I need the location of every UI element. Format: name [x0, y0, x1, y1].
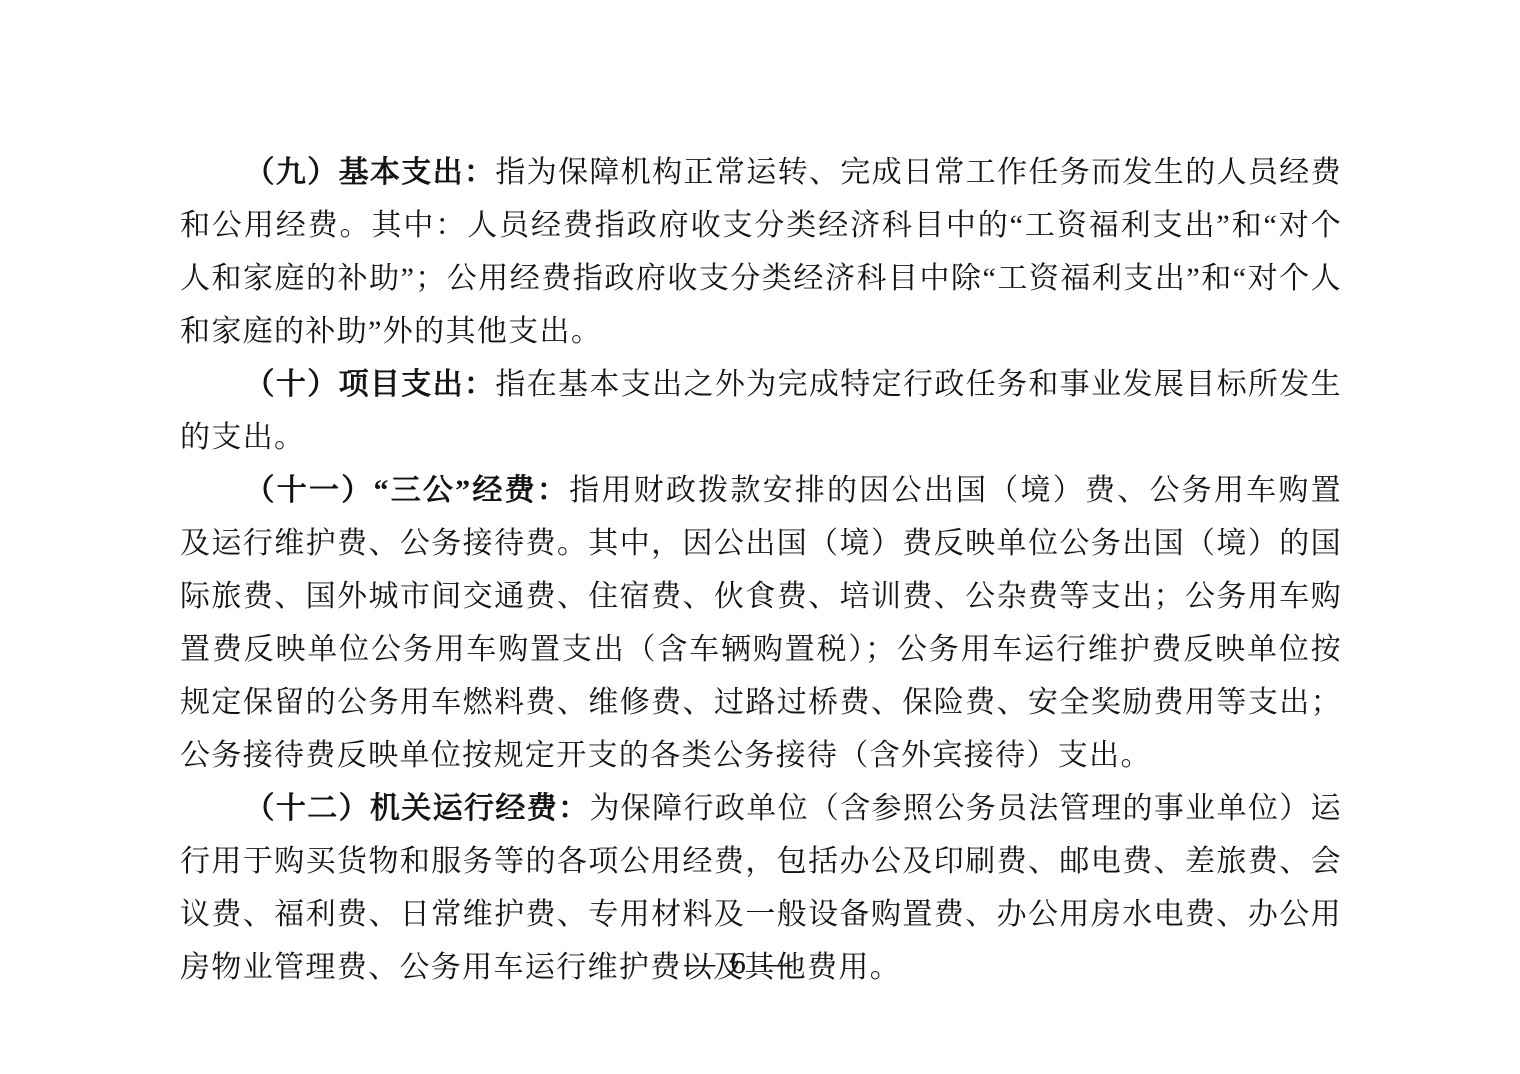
term-label-project-expenditure: （十）项目支出： [245, 368, 496, 401]
paragraph-three-public-funds: （十一）“三公”经费：指用财政拨款安排的因公出国（境）费、公务用车购置及运行维护… [180, 464, 1342, 782]
term-label-basic-expenditure: （九）基本支出： [245, 156, 496, 189]
paragraph-project-expenditure: （十）项目支出：指在基本支出之外为完成特定行政任务和事业发展目标所发生的支出。 [180, 358, 1342, 464]
term-label-agency-operating-funds: （十二）机关运行经费： [245, 792, 590, 825]
page-number: — 6 — [180, 941, 1300, 985]
term-label-three-public-funds: （十一）“三公”经费： [245, 474, 570, 507]
document-body: （九）基本支出：指为保障机构正常运转、完成日常工作任务而发生的人员经费和公用经费… [180, 146, 1342, 994]
definition-text-three-public-funds: 指用财政拨款安排的因公出国（境）费、公务用车购置及运行维护费、公务接待费。其中，… [180, 474, 1342, 772]
paragraph-basic-expenditure: （九）基本支出：指为保障机构正常运转、完成日常工作任务而发生的人员经费和公用经费… [180, 146, 1342, 358]
document-page: （九）基本支出：指为保障机构正常运转、完成日常工作任务而发生的人员经费和公用经费… [0, 0, 1520, 1074]
